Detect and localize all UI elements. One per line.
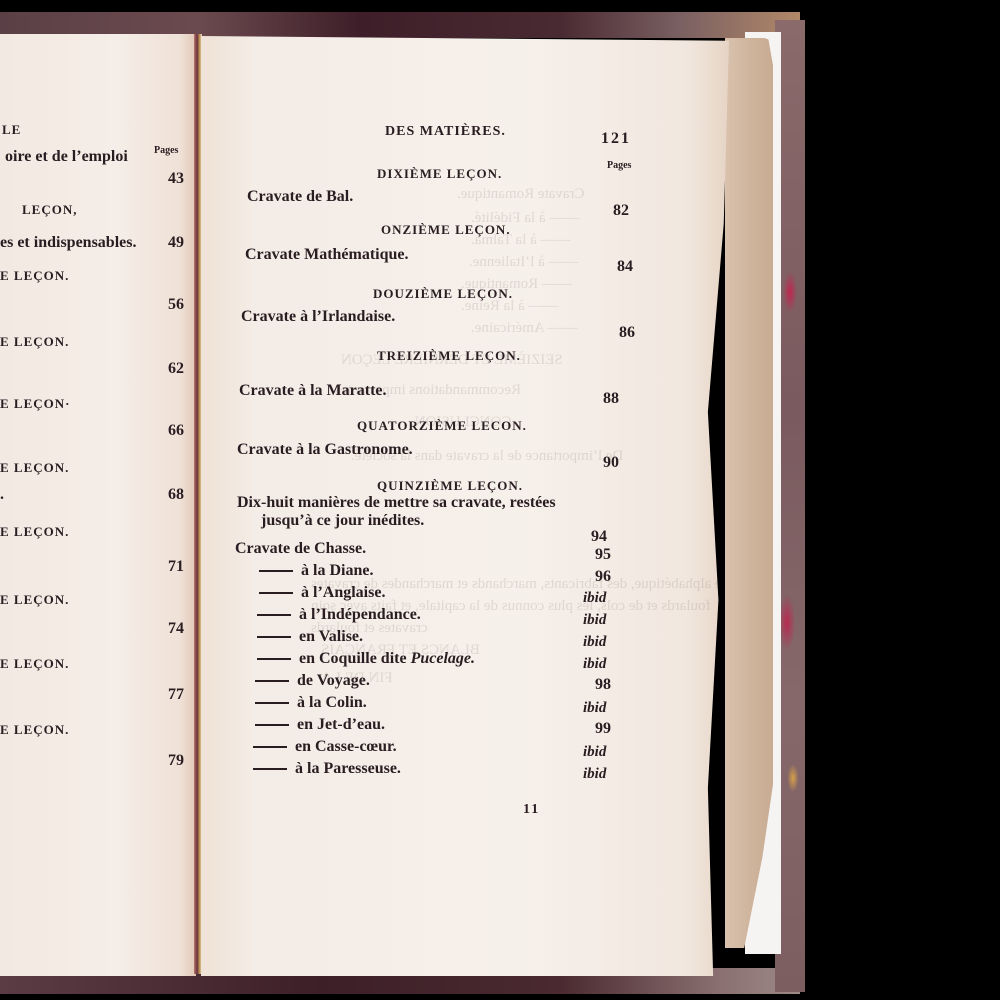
toc-page-number: ibid xyxy=(583,656,606,673)
sub-entry-label: de Voyage. xyxy=(297,672,370,689)
ditto-dash-icon xyxy=(253,768,287,770)
toc-entry: Cravate de Chasse. xyxy=(235,540,366,558)
toc-page-number: 94 xyxy=(591,528,607,546)
sub-entry: à la Paresseuse. xyxy=(253,760,401,778)
toc-page-number: 90 xyxy=(603,454,619,472)
sub-entry-label: en Coquille dite xyxy=(299,650,411,667)
toc-page-number: 71 xyxy=(168,558,184,576)
sub-entry-label: à la Colin. xyxy=(297,694,367,711)
ditto-dash-icon xyxy=(253,746,287,748)
lesson-heading: E LEÇON· xyxy=(0,396,71,412)
toc-page-number: 86 xyxy=(619,324,635,342)
sub-entry: en Jet-d’eau. xyxy=(255,716,385,734)
toc-entry: Cravate à la Gastronome. xyxy=(237,441,413,459)
lesson-heading: E LEÇON. xyxy=(0,656,69,672)
toc-page-number: 56 xyxy=(168,296,184,314)
toc-entry: Cravate à la Maratte. xyxy=(239,382,387,400)
toc-page-number: ibid xyxy=(583,590,606,607)
left-page: LE Pages oire et de l’emploi43LEÇON,es e… xyxy=(0,34,196,976)
lesson-heading: TREIZIÈME LEÇON. xyxy=(377,348,521,364)
left-header-fragment: LE xyxy=(2,122,21,138)
toc-page-number: 98 xyxy=(595,676,611,694)
toc-entry: oire et de l’emploi xyxy=(5,148,128,166)
toc-page-number: 99 xyxy=(595,720,611,738)
toc-entry: Cravate de Bal. xyxy=(247,188,353,206)
toc-page-number: ibid xyxy=(583,766,606,783)
pages-label: Pages xyxy=(154,145,178,156)
toc-page-number: 96 xyxy=(595,568,611,586)
foxed-leaf xyxy=(725,38,773,948)
toc-page-number: 77 xyxy=(168,686,184,704)
lesson-heading: E LEÇON. xyxy=(0,524,69,540)
ditto-dash-icon xyxy=(255,702,289,704)
pages-label-right: Pages xyxy=(607,160,631,171)
lesson-heading: E LEÇON. xyxy=(0,460,69,476)
lesson-heading: ONZIÈME LEÇON. xyxy=(381,222,511,238)
right-page: Cravate Romantique.—— à la Fidélité.—— à… xyxy=(201,36,729,976)
signature-mark: 11 xyxy=(523,802,540,818)
show-through-line: —— à l’Italienne. xyxy=(469,254,579,271)
sub-entry: à la Diane. xyxy=(259,562,373,580)
show-through-line: Cravate Romantique. xyxy=(457,186,584,203)
lesson-heading: E LEÇON. xyxy=(0,334,69,350)
sub-entry-label: en Valise. xyxy=(299,628,363,645)
toc-page-number: ibid xyxy=(583,744,606,761)
toc-page-number: 79 xyxy=(168,752,184,770)
sub-entry-label: en Casse-cœur. xyxy=(295,738,397,755)
lesson-heading: QUINZIÈME LEÇON. xyxy=(377,478,523,494)
lesson-heading: DOUZIÈME LEÇON. xyxy=(373,286,513,302)
toc-page-number: 74 xyxy=(168,620,184,638)
toc-page-number: 66 xyxy=(168,422,184,440)
toc-page-number: 43 xyxy=(168,170,184,188)
toc-entry: . xyxy=(0,486,4,504)
toc-page-number: 62 xyxy=(168,360,184,378)
sub-entry-label: à l’Anglaise. xyxy=(301,584,385,601)
ditto-dash-icon xyxy=(257,614,291,616)
toc-page-number: ibid xyxy=(583,612,606,629)
toc-entry: jusqu’à ce jour inédites. xyxy=(261,512,424,530)
sub-entry-italic: Pucelage. xyxy=(411,650,475,667)
toc-page-number: 49 xyxy=(168,234,184,252)
book-photo: LE Pages oire et de l’emploi43LEÇON,es e… xyxy=(0,0,1000,1000)
toc-entry: Dix-huit manières de mettre sa cravate, … xyxy=(237,494,556,512)
ditto-dash-icon xyxy=(255,724,289,726)
ditto-dash-icon xyxy=(259,592,293,594)
toc-page-number: 84 xyxy=(617,258,633,276)
ditto-dash-icon xyxy=(257,636,291,638)
toc-page-number: 82 xyxy=(613,202,629,220)
sub-entry: à la Colin. xyxy=(255,694,367,712)
ditto-dash-icon xyxy=(259,570,293,572)
sub-entry-label: à la Paresseuse. xyxy=(295,760,401,777)
page-number: 121 xyxy=(601,130,631,148)
show-through-line: —— Américaine. xyxy=(471,320,578,337)
lesson-heading: DIXIÈME LEÇON. xyxy=(377,166,502,182)
toc-page-number: ibid xyxy=(583,634,606,651)
sub-entry: en Casse-cœur. xyxy=(253,738,397,756)
lesson-heading: QUATORZIÈME LECON. xyxy=(357,418,527,434)
ditto-dash-icon xyxy=(255,680,289,682)
sub-entry: à l’Anglaise. xyxy=(259,584,385,602)
lesson-heading: E LEÇON. xyxy=(0,268,69,284)
toc-page-number: 95 xyxy=(595,546,611,564)
toc-page-number: ibid xyxy=(583,700,606,717)
sub-entry: en Coquille dite Pucelage. xyxy=(257,650,475,668)
toc-entry: Cravate Mathématique. xyxy=(245,246,409,264)
lesson-heading: E LEÇON. xyxy=(0,592,69,608)
toc-entry: es et indispensables. xyxy=(0,234,136,252)
gutter xyxy=(194,34,202,974)
toc-entry: Cravate à l’Irlandaise. xyxy=(241,308,395,326)
toc-page-number: 88 xyxy=(603,390,619,408)
sub-entry: à l’Indépendance. xyxy=(257,606,421,624)
sub-entry-label: à l’Indépendance. xyxy=(299,606,421,623)
running-head: DES MATIÈRES. xyxy=(385,124,506,140)
ditto-dash-icon xyxy=(257,658,291,660)
lesson-heading: LEÇON, xyxy=(22,202,77,218)
lesson-heading: E LEÇON. xyxy=(0,722,69,738)
sub-entry: de Voyage. xyxy=(255,672,370,690)
toc-page-number: 68 xyxy=(168,486,184,504)
sub-entry-label: à la Diane. xyxy=(301,562,373,579)
sub-entry-label: en Jet-d’eau. xyxy=(297,716,385,733)
sub-entry: en Valise. xyxy=(257,628,363,646)
